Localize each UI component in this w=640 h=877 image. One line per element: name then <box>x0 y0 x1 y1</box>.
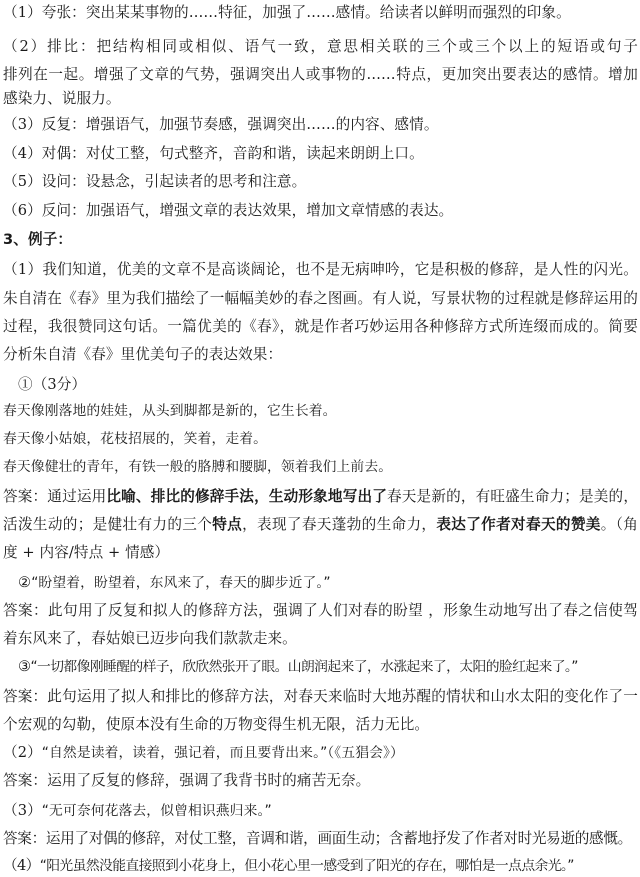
q1-intro-line3: 过程，我很赞同这句话。一篇优美的《春》，就是作者巧妙运用各种修辞方式所连缀而成的… <box>3 317 638 337</box>
q4-number: （4） <box>3 857 40 874</box>
answer-bold: 表达了作者对春天的赞美 <box>436 516 600 533</box>
item-text: 排比：把结构相同或相似、语气一致，意思相关联的三个或三个以上的短语或句子 <box>47 38 638 55</box>
q3-number: （3） <box>3 802 42 819</box>
sub3-quote-line: ③“一切都像刚睡醒的样子，欣欣然张开了眼。山朗润起来了，水涨起来了，太阳的脸红起… <box>18 657 638 677</box>
q2-answer: 答案：运用了反复的修辞，强调了我背书时的痛苦无奈。 <box>3 771 638 791</box>
q1-intro-line2: 朱自清在《春》里为我们描绘了一幅幅美妙的春之图画。有人说，写景状物的过程就是修辞… <box>3 289 638 309</box>
q1-intro-line4: 分析朱自清《春》里优美句子的表达效果： <box>3 345 638 365</box>
sub1-answer-line2: 活泼生动的；是健壮有力的三个特点，表现了春天蓬勃的生命力，表达了作者对春天的赞美… <box>3 515 638 535</box>
item-number: （6） <box>3 202 42 219</box>
item-text: 反问：加强语气，增强文章的表达效果，增加文章情感的表达。 <box>42 202 453 219</box>
item-number: （2） <box>3 38 47 55</box>
section-heading-examples: 3、例子： <box>3 230 638 250</box>
sub2-answer-line1: 答案：此句用了反复和拟人的修辞方法，强调了人们对春的盼望 ，形象生动地写出了春之… <box>3 601 638 621</box>
q1-intro-line1: （1）我们知道，优美的文章不是高谈阔论，也不是无病呻吟，它是积极的修辞，是人性的… <box>3 260 638 280</box>
q3-quote: “无可奈何花落去，似曾相识燕归来。” <box>42 803 272 819</box>
item-number: （3） <box>3 116 42 133</box>
sub3-answer-line2: 个宏观的勾勒，使原本没有生命的万物变得生机无限，活力无比。 <box>3 715 638 735</box>
item-number: （1） <box>3 4 42 21</box>
sub1-answer-line3: 度 + 内容/特点 + 情感） <box>3 543 638 563</box>
item-text: 反复：增强语气，加强节奏感，强调突出……的内容、感情。 <box>42 116 439 133</box>
effect-antithesis: （4）对偶：对仗工整，句式整齐，音韵和谐，读起来朗朗上口。 <box>3 144 638 164</box>
answer-text: ，表现了春天蓬勃的生命力， <box>242 516 436 533</box>
sub3-label: ③ <box>18 658 30 675</box>
sub1-quote-3: 春天像健壮的青年，有铁一般的胳膊和腰脚，领着我们上前去。 <box>3 457 638 477</box>
item-text: 夸张：突出某某事物的……特征，加强了……感情。给读者以鲜明而强烈的印象。 <box>42 4 571 21</box>
answer-bold: 比喻、排比的修辞手法，生动形象地写出了 <box>106 488 387 505</box>
answer-text: 。（角 <box>601 516 638 533</box>
item-text: 设问：设悬念，引起读者的思考和注意。 <box>42 173 307 190</box>
answer-bold: 特点 <box>212 516 242 533</box>
q4-quote: “阳光虽然没能直接照到小花身上，但小花心里一感受到了阳光的存在，哪怕是一点点余光… <box>40 858 574 874</box>
q3-quote-line: （3）“无可奈何花落去，似曾相识燕归来。” <box>3 801 638 821</box>
sub2-quote: “盼望着，盼望着，东风来了，春天的脚步近了。” <box>31 575 330 591</box>
q4-quote-line: （4）“阳光虽然没能直接照到小花身上，但小花心里一感受到了阳光的存在，哪怕是一点… <box>3 856 638 876</box>
q2-quote: “自然是读着，读着，强记着，而且要背出来。”（《五猖会》） <box>42 745 404 761</box>
effect-rhetorical-question: （6）反问：加强语气，增强文章的表达效果，增加文章情感的表达。 <box>3 201 638 221</box>
effect-repetition: （3）反复：增强语气，加强节奏感，强调突出……的内容、感情。 <box>3 115 638 135</box>
answer-prefix: 答案：通过运用 <box>3 488 106 505</box>
sub3-answer-line1: 答案：此句运用了拟人和排比的修辞方法，对春天来临时大地苏醒的情状和山水太阳的变化… <box>3 687 638 707</box>
sub2-answer-line2: 着东风来了，春姑娘已迈步向我们款款走来。 <box>3 629 638 649</box>
item-number: （5） <box>3 173 42 190</box>
sub2-quote-line: ②“盼望着，盼望着，东风来了，春天的脚步近了。” <box>18 573 638 593</box>
sub1-quote-2: 春天像小姑娘，花枝招展的，笑着，走着。 <box>3 429 638 449</box>
sub1-quote-1: 春天像刚落地的娃娃，从头到脚都是新的，它生长着。 <box>3 401 638 421</box>
q2-number: （2） <box>3 744 42 761</box>
effect-hypophora: （5）设问：设悬念，引起读者的思考和注意。 <box>3 172 638 192</box>
effect-parallelism-line2: 排列在一起。增强了文章的气势，强调突出人或事物的……特点，更加突出要表达的感情。… <box>3 65 638 85</box>
sub3-quote: “一切都像刚睡醒的样子，欣欣然张开了眼。山朗润起来了，水涨起来了，太阳的脸红起来… <box>30 659 577 675</box>
sub1-label: ①（3分） <box>18 375 638 395</box>
q3-answer: 答案：运用了对偶的修辞，对仗工整，音调和谐，画面生动；含蓄地抒发了作者对时光易逝… <box>3 829 638 849</box>
q2-quote-line: （2）“自然是读着，读着，强记着，而且要背出来。”（《五猖会》） <box>3 743 638 763</box>
effect-hyperbole: （1）夸张：突出某某事物的……特征，加强了……感情。给读者以鲜明而强烈的印象。 <box>3 3 638 23</box>
item-text: 对偶：对仗工整，句式整齐，音韵和谐，读起来朗朗上口。 <box>42 145 424 162</box>
sub1-answer-line1: 答案：通过运用比喻、排比的修辞手法，生动形象地写出了春天是新的，有旺盛生命力；是… <box>3 487 638 507</box>
effect-parallelism-line1: （2）排比：把结构相同或相似、语气一致，意思相关联的三个或三个以上的短语或句子 <box>3 37 638 57</box>
item-number: （4） <box>3 145 42 162</box>
answer-text: 春天是新的，有旺盛生命力；是美的， <box>387 488 638 505</box>
effect-parallelism-line3: 感染力、说服力。 <box>3 89 638 109</box>
sub2-label: ② <box>18 574 31 591</box>
answer-text: 活泼生动的；是健壮有力的三个 <box>3 516 212 533</box>
